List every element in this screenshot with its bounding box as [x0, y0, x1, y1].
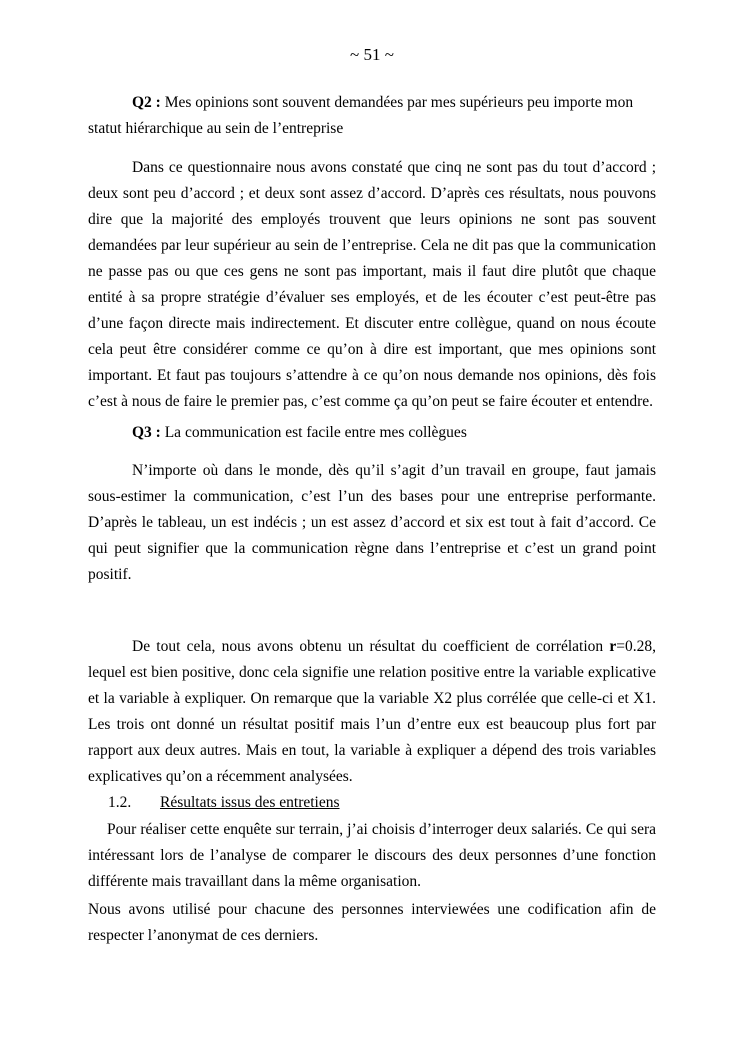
paragraph-questionnaire-results: Dans ce questionnaire nous avons constat…	[88, 155, 656, 415]
paragraph-correlation-before: De tout cela, nous avons obtenu un résul…	[132, 638, 609, 655]
paragraph-communication: N’importe où dans le monde, dès qu’il s’…	[88, 458, 656, 588]
question-q2-label: Q2 :	[132, 94, 161, 111]
question-q2: Q2 : Mes opinions sont souvent demandées…	[88, 90, 656, 142]
question-q2-text: Mes opinions sont souvent demandées par …	[88, 94, 633, 137]
section-heading: 1.2.Résultats issus des entretiens	[88, 790, 656, 816]
section-title: Résultats issus des entretiens	[160, 794, 340, 811]
paragraph-correlation-after: =0.28, lequel est bien positive, donc ce…	[88, 638, 656, 785]
paragraph-codification: Nous avons utilisé pour chacune des pers…	[88, 897, 656, 949]
paragraph-correlation: De tout cela, nous avons obtenu un résul…	[88, 634, 656, 790]
document-page: ~ 51 ~ Q2 : Mes opinions sont souvent de…	[0, 0, 744, 1053]
page-number: ~ 51 ~	[88, 42, 656, 68]
paragraph-interviews-intro: Pour réaliser cette enquête sur terrain,…	[88, 817, 656, 895]
section-number: 1.2.	[108, 790, 160, 816]
question-q3-text: La communication est facile entre mes co…	[161, 424, 467, 441]
question-q3: Q3 : La communication est facile entre m…	[88, 420, 656, 446]
question-q3-label: Q3 :	[132, 424, 161, 441]
